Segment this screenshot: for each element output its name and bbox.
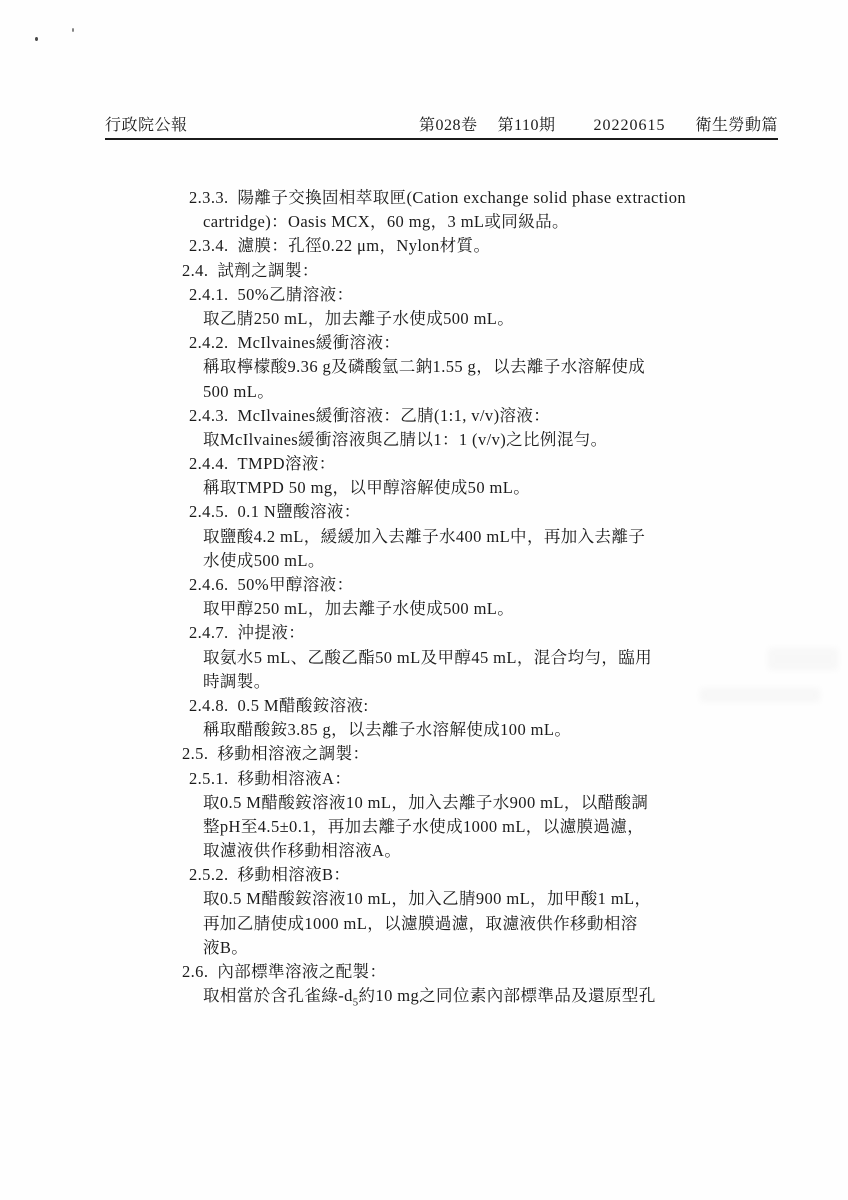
- list-item: 2.5.2.移動相溶液B：: [182, 863, 822, 887]
- item-number: 2.5.2.: [189, 863, 229, 887]
- item-number: 2.4.3.: [189, 404, 229, 428]
- continuation-line: 稱取醋酸銨3.85 g，以去離子水溶解使成100 mL。: [182, 718, 822, 742]
- continuation-line: 水使成500 mL。: [182, 549, 822, 573]
- continuation-line: 取濾液供作移動相溶液A。: [182, 839, 822, 863]
- isotope-line-post: 約10 mg之同位素內部標準品及還原型孔: [359, 986, 656, 1005]
- item-number: 2.4.8.: [189, 694, 229, 718]
- list-item: 2.4.5.0.1 N鹽酸溶液：: [182, 500, 822, 524]
- section-label: 衛生勞動篇: [695, 112, 778, 135]
- continuation-line: 取甲醇250 mL，加去離子水使成500 mL。: [182, 597, 822, 621]
- item-number: 2.4.4.: [189, 452, 229, 476]
- continuation-line: 再加乙腈使成1000 mL，以濾膜過濾，取濾液供作移動相溶: [182, 912, 822, 936]
- item-text: 沖提液：: [238, 623, 306, 642]
- continuation-line: 取氨水5 mL、乙酸乙酯50 mL及甲醇45 mL，混合均勻，臨用: [182, 646, 822, 670]
- item-number: 2.5.: [182, 742, 208, 766]
- item-number: 2.3.3.: [189, 186, 229, 210]
- continuation-line: 取0.5 M醋酸銨溶液10 mL，加入乙腈900 mL，加甲酸1 mL，: [182, 887, 822, 911]
- item-text: 0.5 M醋酸銨溶液:: [238, 696, 369, 715]
- scan-artifact: [35, 37, 38, 41]
- list-item: 2.4.7.沖提液：: [182, 621, 822, 645]
- list-item: 2.4.1.50%乙腈溶液：: [182, 283, 822, 307]
- header-meta: 第028卷 第110期 20220615 衛生勞動篇: [419, 112, 778, 135]
- item-text: McIlvaines緩衝溶液：: [238, 333, 401, 352]
- item-number: 2.4.7.: [189, 621, 229, 645]
- item-text: 50%甲醇溶液：: [238, 575, 354, 594]
- continuation-line: 取0.5 M醋酸銨溶液10 mL，加入去離子水900 mL，以醋酸調: [182, 791, 822, 815]
- item-text: 濾膜：孔徑0.22 μm，Nylon材質。: [238, 236, 491, 255]
- item-text: 內部標準溶液之配製：: [217, 962, 386, 981]
- volume-label: 第028卷: [419, 112, 478, 135]
- item-text: 移動相溶液B：: [238, 865, 351, 884]
- item-number: 2.4.5.: [189, 500, 229, 524]
- issue-label: 第110期: [498, 112, 556, 135]
- list-item: 2.5.1.移動相溶液A：: [182, 767, 822, 791]
- continuation-line: 稱取檸檬酸9.36 g及磷酸氫二鈉1.55 g，以去離子水溶解使成: [182, 355, 822, 379]
- list-item: 2.4.試劑之調製：: [182, 259, 822, 283]
- list-item: 2.3.4.濾膜：孔徑0.22 μm，Nylon材質。: [182, 234, 822, 258]
- item-number: 2.6.: [182, 960, 208, 984]
- item-number: 2.4.2.: [189, 331, 229, 355]
- continuation-line: 時調製。: [182, 670, 822, 694]
- continuation-line: 取相當於含孔雀綠-d5約10 mg之同位素內部標準品及還原型孔: [182, 984, 822, 1008]
- continuation-line: cartridge)：Oasis MCX，60 mg，3 mL或同級品。: [182, 210, 822, 234]
- page-header: 行政院公報 第028卷 第110期 20220615 衛生勞動篇: [105, 112, 778, 140]
- item-text: 陽離子交換固相萃取匣(Cation exchange solid phase e…: [238, 188, 687, 207]
- item-number: 2.3.4.: [189, 234, 229, 258]
- list-item: 2.4.3.McIlvaines緩衝溶液：乙腈(1:1, v/v)溶液：: [182, 404, 822, 428]
- continuation-line: 液B。: [182, 936, 822, 960]
- item-text: 0.1 N鹽酸溶液：: [238, 502, 361, 521]
- continuation-line: 整pH至4.5±0.1，再加去離子水使成1000 mL，以濾膜過濾，: [182, 815, 822, 839]
- item-text: 移動相溶液A：: [238, 769, 352, 788]
- list-item: 2.3.3.陽離子交換固相萃取匣(Cation exchange solid p…: [182, 186, 822, 210]
- list-item: 2.4.6.50%甲醇溶液：: [182, 573, 822, 597]
- item-text: 50%乙腈溶液：: [238, 285, 354, 304]
- list-item: 2.5.移動相溶液之調製：: [182, 742, 822, 766]
- continuation-line: 500 mL。: [182, 380, 822, 404]
- continuation-line: 取McIlvaines緩衝溶液與乙腈以1：1 (v/v)之比例混勻。: [182, 428, 822, 452]
- list-item: 2.4.2.McIlvaines緩衝溶液：: [182, 331, 822, 355]
- gazette-title: 行政院公報: [105, 112, 419, 135]
- item-text: 移動相溶液之調製：: [217, 744, 369, 763]
- item-number: 2.4.6.: [189, 573, 229, 597]
- list-item: 2.4.8.0.5 M醋酸銨溶液:: [182, 694, 822, 718]
- date-label: 20220615: [593, 117, 665, 135]
- isotope-line-pre: 取相當於含孔雀綠-d: [203, 986, 353, 1005]
- document-body: 2.3.3.陽離子交換固相萃取匣(Cation exchange solid p…: [182, 186, 822, 1008]
- list-item: 2.4.4.TMPD溶液：: [182, 452, 822, 476]
- item-text: TMPD溶液：: [238, 454, 336, 473]
- continuation-line: 稱取TMPD 50 mg，以甲醇溶解使成50 mL。: [182, 476, 822, 500]
- list-item: 2.6.內部標準溶液之配製：: [182, 960, 822, 984]
- item-number: 2.5.1.: [189, 767, 229, 791]
- item-text: 試劑之調製：: [217, 261, 318, 280]
- item-number: 2.4.: [182, 259, 208, 283]
- scan-artifact: [72, 28, 74, 32]
- item-number: 2.4.1.: [189, 283, 229, 307]
- continuation-line: 取鹽酸4.2 mL，緩緩加入去離子水400 mL中，再加入去離子: [182, 525, 822, 549]
- continuation-line: 取乙腈250 mL，加去離子水使成500 mL。: [182, 307, 822, 331]
- item-text: McIlvaines緩衝溶液：乙腈(1:1, v/v)溶液：: [238, 406, 551, 425]
